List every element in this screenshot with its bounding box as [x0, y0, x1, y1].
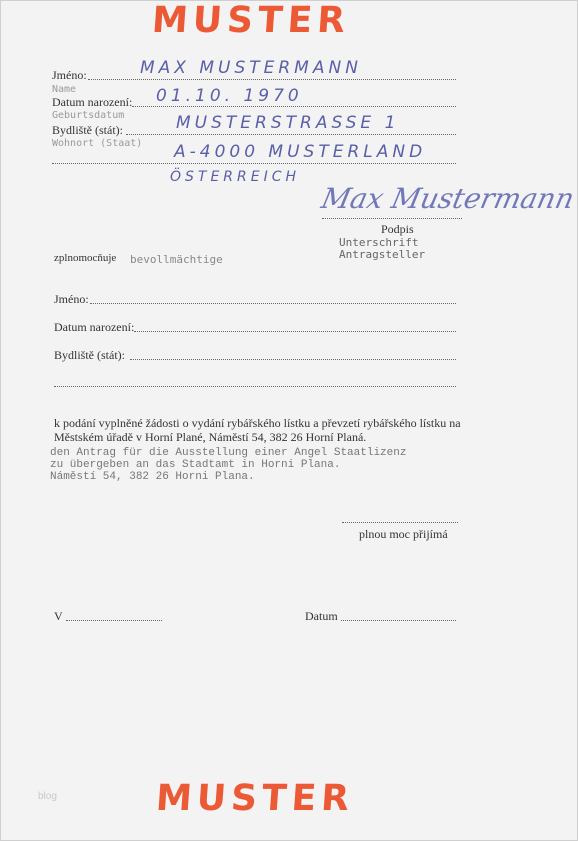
applicant-name-label: Jméno: [52, 68, 87, 83]
purpose-de-line-3: Náměstí 54, 382 26 Horni Plana. [50, 471, 255, 483]
authorized-address-label: Bydliště (stát): [54, 348, 125, 363]
applicant-address-label: Bydliště (stát): [52, 123, 123, 138]
authorized-dob-field[interactable] [134, 331, 456, 332]
applicant-address-value-2: A-4000 MUSTERLAND [174, 142, 426, 162]
applicant-dob-line [132, 106, 456, 107]
applicant-address-value-1: MUSTERSTRASSE 1 [176, 113, 399, 133]
date-field[interactable] [341, 620, 456, 621]
applicant-dob-value: 01.10. 1970 [156, 86, 303, 106]
authorized-dob-label: Datum narození: [54, 320, 134, 335]
purpose-cz-line-1: k podání vyplněné žádosti o vydání rybář… [54, 416, 461, 431]
applicant-name-label-de: Name [52, 84, 76, 95]
authorize-label-cz: zplnomocňuje [54, 252, 116, 264]
place-field[interactable] [66, 620, 162, 621]
applicant-name-value: MAX MUSTERMANN [140, 58, 362, 78]
applicant-name-line [88, 79, 456, 80]
applicant-dob-label: Datum narození: [52, 95, 132, 110]
date-label: Datum [305, 609, 338, 624]
signature-line [322, 218, 462, 219]
purpose-de-line-2: zu übergeben an das Stadtamt in Horni Pl… [50, 459, 340, 471]
muster-stamp-top: MUSTER [151, 0, 352, 41]
authorize-label-de: bevollmächtige [130, 253, 223, 266]
authorized-address-field[interactable] [130, 359, 456, 360]
applicant-address-line [126, 134, 456, 135]
applicant-address-label-de: Wohnort (Staat) [52, 138, 142, 149]
muster-stamp-bottom: MUSTER [155, 778, 356, 819]
signature-label-cz: Podpis [381, 222, 414, 237]
acceptance-label: plnou moc přijímá [359, 527, 448, 542]
applicant-address-value-3: ÖSTERREICH [170, 169, 300, 185]
applicant-dob-label-de: Geburtsdatum [52, 110, 124, 121]
purpose-cz-line-2: Městském úřadě v Horní Plané, Náměstí 54… [54, 430, 366, 445]
applicant-signature: Max Mustermann [318, 182, 577, 215]
authorized-address-field-2[interactable] [54, 386, 456, 387]
acceptance-signature-field[interactable] [342, 522, 458, 523]
place-label: V [54, 609, 63, 624]
watermark: blog [38, 791, 57, 802]
signature-label-de-2: Antragsteller [339, 248, 425, 261]
applicant-address-line-2 [52, 163, 456, 164]
purpose-de-line-1: den Antrag für die Ausstellung einer Ang… [50, 447, 406, 459]
authorized-name-label: Jméno: [54, 292, 89, 307]
authorized-name-field[interactable] [90, 303, 456, 304]
